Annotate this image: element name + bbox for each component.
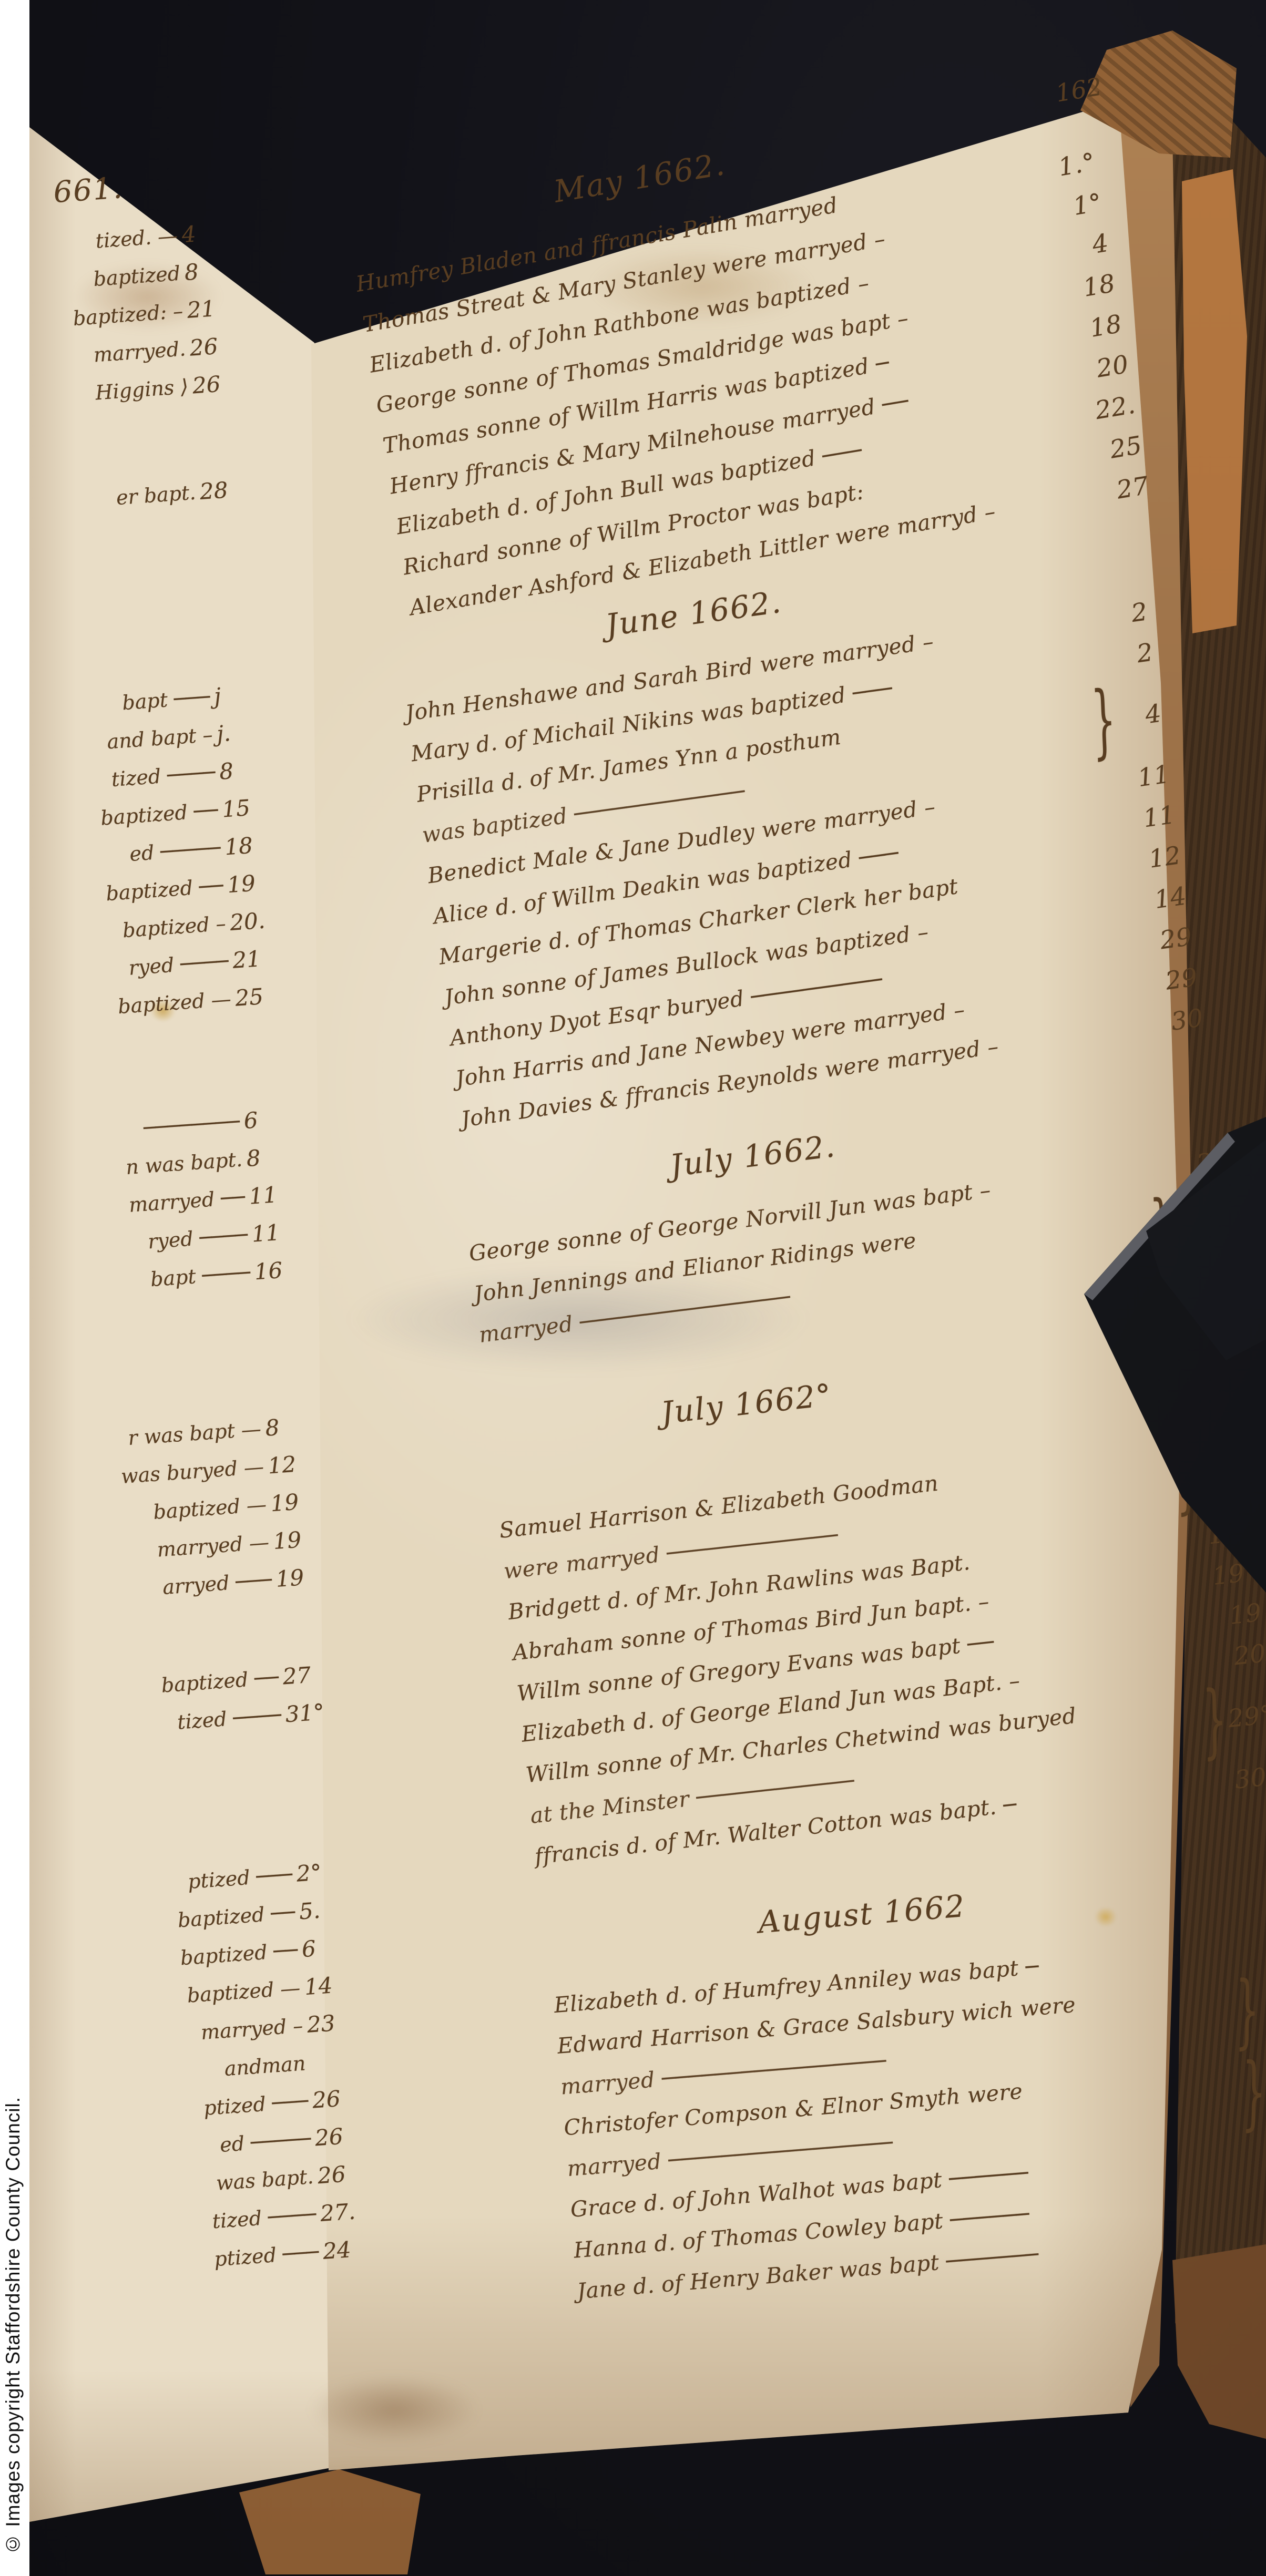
entry-fragment: er bapt.28 <box>66 468 279 520</box>
fragment-day: j. <box>216 714 232 753</box>
entry-day: 11 <box>1141 795 1178 840</box>
fragment-text: Higgins ⟩ <box>94 367 190 412</box>
fragment-day: 23 <box>306 2004 336 2044</box>
fragment-day: j <box>213 677 222 715</box>
fragment-text: ──────── <box>142 1103 241 1147</box>
register-section: August 1662Elizabeth d. of Humfrey Annil… <box>547 1861 1266 2312</box>
entry-day: 14 <box>1152 876 1189 921</box>
fragment-group: ptized ───2°baptized ──5.baptized ──6bap… <box>163 1850 402 2280</box>
fragment-day: 31° <box>284 1693 325 1733</box>
fragment-day: 26 <box>311 2080 342 2120</box>
entry-day: 30° <box>1232 1756 1266 1801</box>
section-entries: John Henshawe and Sarah Bird were marrye… <box>403 591 1209 1140</box>
fragment-text: ptized ─── <box>187 1855 294 1901</box>
fragment-group: bapt ───jand bapt –j.tized ────8baptized… <box>80 672 314 1027</box>
fragment-text: marryed – <box>200 2007 304 2051</box>
entry-day: 1.° <box>1055 142 1098 188</box>
fragment-group: tized. —4baptized8baptized: –21marryed.2… <box>48 211 271 414</box>
entry-day: 12 <box>1146 835 1183 880</box>
fragment-text: bapt ─── <box>121 678 211 722</box>
fragment-text: baptized — <box>117 980 232 1025</box>
fragment-text: ed ───── <box>219 2120 312 2164</box>
fragment-day: 27. <box>319 2193 357 2233</box>
fragment-text: marryed. <box>93 330 187 374</box>
register-section: May 1662.Humfrey Bladen and ffrancis Pal… <box>344 85 1155 628</box>
entry-day: 19 <box>1228 1593 1264 1637</box>
fragment-day: 26 <box>314 2118 344 2158</box>
fragment-text: bapt ──── <box>149 1254 252 1298</box>
entry-day: 22. <box>1092 385 1138 432</box>
fragment-text: ptized ─── <box>213 2233 320 2279</box>
fragment-day: 16 <box>253 1251 283 1291</box>
fragment-day: 21 <box>186 290 216 330</box>
fragment-day: 8 <box>245 1139 262 1178</box>
entry-day: 20 <box>1232 1633 1266 1677</box>
fragment-day: 11 <box>248 1176 278 1216</box>
fragment-text: ryed ──── <box>147 1216 249 1260</box>
fragment-day: 8 <box>218 752 235 791</box>
fragment-text: ed ───── <box>128 829 222 873</box>
fragment-day: 6 <box>300 1930 317 1969</box>
copyright-text: © Images copyright Staffordshire County … <box>2 2097 24 2555</box>
fragment-day: 24 <box>322 2231 352 2271</box>
copyright-strip: © Images copyright Staffordshire County … <box>0 0 29 2576</box>
entry-day: 27 <box>1114 466 1152 511</box>
entry-day: 25 <box>1107 425 1145 471</box>
fragment-day: 19 <box>272 1521 302 1561</box>
fragment-group: r was bapt —8was buryed —12baptized —19m… <box>132 1404 355 1608</box>
fragment-group: baptized ──27tized ────31° <box>149 1653 364 1743</box>
fragment-day: 8 <box>183 253 200 292</box>
entry-day: 30 <box>1169 998 1206 1043</box>
fragment-day: 8 <box>264 1409 281 1448</box>
fragment-day: 11 <box>250 1214 281 1254</box>
fragment-day: 28 <box>199 471 229 511</box>
fragment-text: tized ──── <box>110 753 216 798</box>
fragment-day: 26 <box>316 2156 347 2195</box>
entry-day: 18 <box>1080 263 1118 309</box>
fragment-day: 27 <box>281 1656 312 1696</box>
fragment-text: ptized ─── <box>202 2082 310 2127</box>
fragment-day: 19 <box>269 1483 300 1523</box>
entry-day: 29° <box>1226 1695 1266 1740</box>
entry-day: 18 <box>1087 304 1125 350</box>
fragment-text: baptized – <box>121 905 227 950</box>
fragment-day: 26 <box>191 365 221 405</box>
fragment-text: was bapt. <box>215 2158 315 2202</box>
fragment-text: arryed ─── <box>161 1561 273 1606</box>
section-entries: Samuel Harrison & Elizabeth Goodmanwere … <box>497 1429 1266 1877</box>
fragment-day: 14 <box>303 1967 334 2007</box>
fragment-day: 12 <box>267 1445 297 1485</box>
entry-day: 29 <box>1163 957 1200 1002</box>
entry-day: 11 <box>1135 754 1172 799</box>
fragment-group: er bapt.28 <box>66 468 279 520</box>
fragment-day: 26 <box>188 327 219 367</box>
fragment-day: 2° <box>295 1853 323 1893</box>
section-heading: August 1662 <box>757 1861 1266 1941</box>
photo-of-parish-register: 162 661. tized. —4baptized8baptized: –21… <box>0 0 1266 2576</box>
fragment-day: 4 <box>180 215 197 254</box>
fragment-group: ────────6n was bapt.8marryed ──11ryed ──… <box>110 1097 333 1300</box>
section-entries: Elizabeth d. of Humfrey Anniley was bapt… <box>553 1925 1266 2312</box>
fragment-day: 25 <box>234 978 264 1018</box>
fragment-day: 5. <box>298 1892 321 1931</box>
fragment-text: ryed ──── <box>127 942 230 987</box>
entry-day: 20 <box>1094 344 1132 390</box>
fragment-text: er bapt. <box>115 474 197 517</box>
fragment-day: 6 <box>242 1101 259 1140</box>
fragment-text: tized ──── <box>176 1696 282 1741</box>
fragment-text: tized. — <box>94 217 179 260</box>
fragment-text: baptized <box>92 254 181 298</box>
fragment-day: 19 <box>274 1558 305 1598</box>
fragment-day: 19 <box>226 865 257 905</box>
fragment-day: 18 <box>223 827 254 867</box>
fragment-day: 21 <box>231 940 262 980</box>
fragment-day: 15 <box>221 789 251 829</box>
fragment-day: 20. <box>229 902 267 942</box>
fragment-text: tized ──── <box>211 2195 317 2241</box>
fragment-text: andman <box>223 2044 307 2088</box>
entry-day: 29 <box>1157 917 1194 962</box>
register-section: June 1662.John Henshawe and Sarah Bird w… <box>395 534 1209 1140</box>
